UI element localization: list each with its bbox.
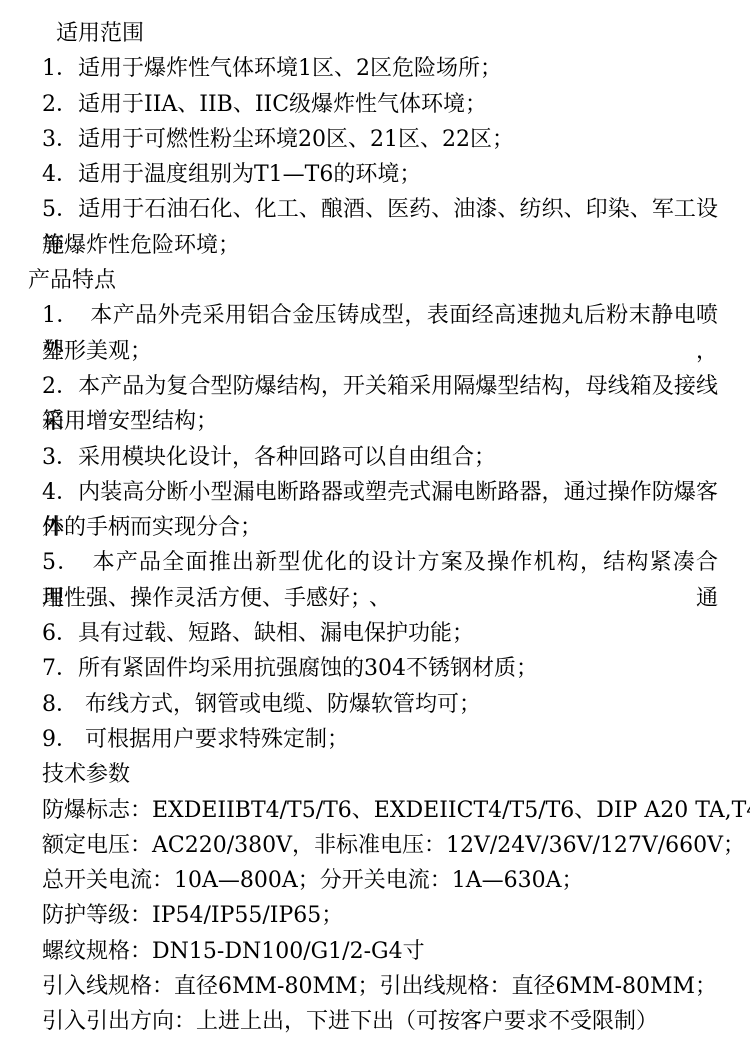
param-wire-spec: 引入线规格：直径6MM-80MM；引出线规格：直径6MM-80MM； xyxy=(0,969,718,1004)
feature-item-9: 9． 可根据用户要求特殊定制； xyxy=(0,722,718,757)
scope-item-5: 5．适用于石油石化、化工、酿酒、医药、油漆、纺织、印染、军工设施 xyxy=(0,192,718,227)
document-page: 适用范围 1．适用于爆炸性气体环境1区、2区危险场所； 2．适用于IIA、IIB… xyxy=(0,0,750,1040)
scope-item-1: 1．适用于爆炸性气体环境1区、2区危险场所； xyxy=(0,51,718,86)
feature-item-5: 5． 本产品全面推出新型优化的设计方案及操作机构，结构紧凑合理、通 xyxy=(0,545,718,580)
feature-item-6: 6．具有过载、短路、缺相、漏电保护功能； xyxy=(0,616,718,651)
heading-features: 产品特点 xyxy=(0,263,718,298)
feature-item-1: 1． 本产品外壳采用铝合金压铸成型，表面经高速抛丸后粉末静电喷塑， xyxy=(0,298,718,333)
feature-item-2: 2．本产品为复合型防爆结构，开关箱采用隔爆型结构，母线箱及接线箱 xyxy=(0,369,718,404)
param-inlet-outlet-direction: 引入引出方向：上进上出，下进下出（可按客户要求不受限制） xyxy=(0,1004,718,1039)
feature-item-2-continued: 采用增安型结构； xyxy=(0,404,718,439)
scope-item-4: 4．适用于温度组别为T1—T6的环境； xyxy=(0,157,718,192)
feature-item-4-continued: 外的手柄而实现分合； xyxy=(0,510,718,545)
param-switch-current: 总开关电流：10A—800A；分开关电流：1A—630A； xyxy=(0,863,718,898)
feature-item-8: 8． 布线方式，钢管或电缆、防爆软管均可； xyxy=(0,687,718,722)
param-explosion-proof-mark: 防爆标志：EXDEIIBT4/T5/T6、EXDEIICT4/T5/T6、DIP… xyxy=(0,793,718,828)
scope-item-5-continued: 等爆炸性危险环境； xyxy=(0,228,718,263)
scope-item-3: 3．适用于可燃性粉尘环境20区、21区、22区； xyxy=(0,122,718,157)
param-rated-voltage: 额定电压：AC220/380V，非标准电压：12V/24V/36V/127V/6… xyxy=(0,828,718,863)
scope-item-2: 2．适用于IIA、IIB、IIC级爆炸性气体环境； xyxy=(0,87,718,122)
feature-item-7: 7．所有紧固件均采用抗强腐蚀的304不锈钢材质； xyxy=(0,651,718,686)
param-ip-rating: 防护等级：IP54/IP55/IP65； xyxy=(0,898,718,933)
feature-item-3: 3．采用模块化设计，各种回路可以自由组合； xyxy=(0,440,718,475)
param-thread-spec: 螺纹规格：DN15-DN100/G1/2-G4寸 xyxy=(0,934,718,969)
feature-item-4: 4．内装高分断小型漏电断路器或塑壳式漏电断路器，通过操作防爆客体 xyxy=(0,475,718,510)
heading-scope: 适用范围 xyxy=(0,16,718,51)
heading-params: 技术参数 xyxy=(0,757,718,792)
